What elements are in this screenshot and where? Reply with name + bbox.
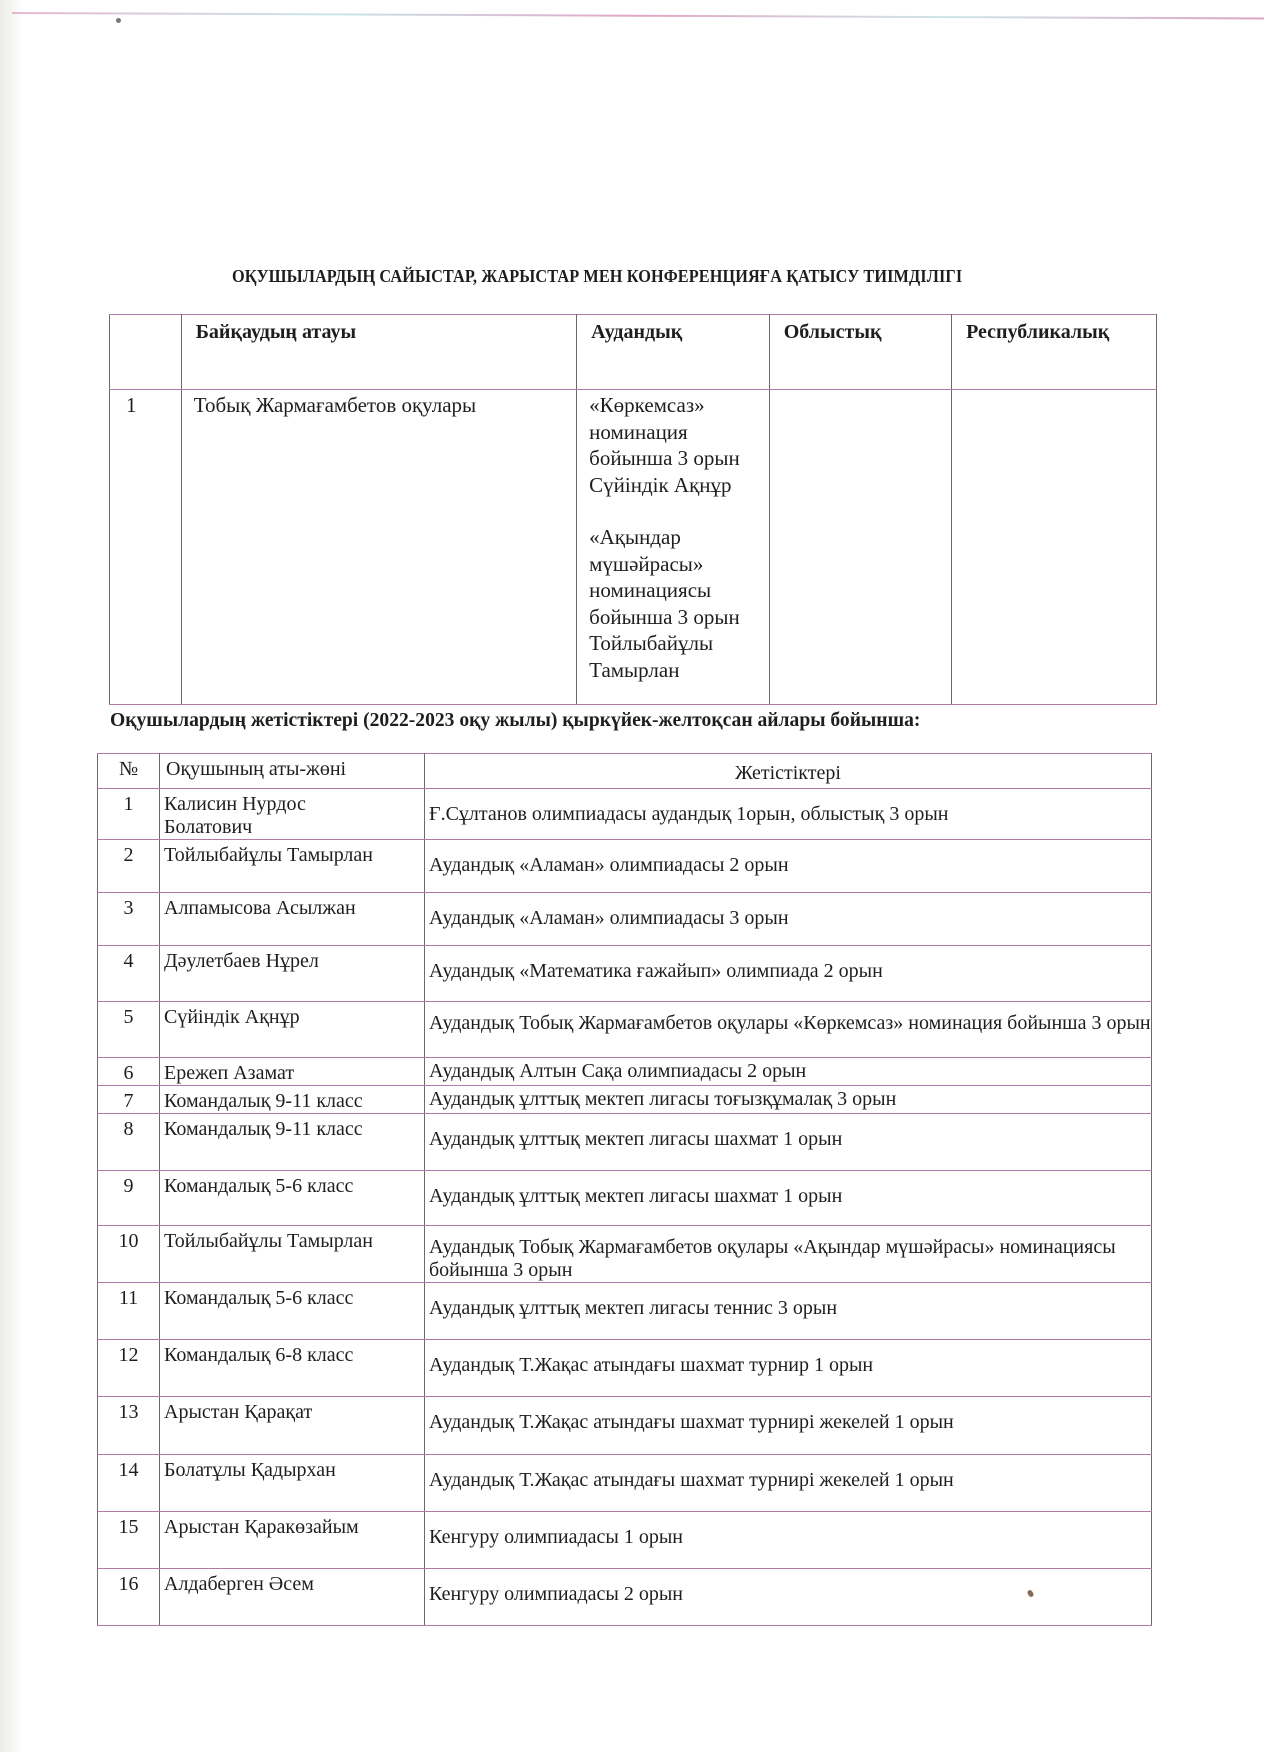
achievement-text: Аудандық ұлттық мектеп лигасы шахмат 1 о…: [425, 1114, 1152, 1171]
achievement-text: Аудандық Т.Жақас атындағы шахмат турнир …: [425, 1340, 1152, 1397]
scan-page-edge: [0, 0, 22, 1752]
row-number: 10: [98, 1226, 160, 1283]
header-regional: Облыстық: [769, 315, 951, 390]
competition-number: 1: [110, 390, 182, 705]
row-number: 3: [98, 893, 160, 946]
achievement-text: Аудандық ұлттық мектеп лигасы шахмат 1 о…: [425, 1171, 1152, 1226]
achievement-text: Аудандық Т.Жақас атындағы шахмат турнирі…: [425, 1455, 1152, 1512]
achievement-text: Аудандық Т.Жақас атындағы шахмат турнирі…: [425, 1397, 1152, 1455]
achievement-row: 12Командалық 6-8 классАудандық Т.Жақас а…: [98, 1340, 1152, 1397]
student-name: Арыстан Қаракөзайым: [160, 1512, 425, 1569]
header-republic: Республикалық: [952, 315, 1157, 390]
achievement-text: Аудандық «Аламан» олимпиадасы 3 орын: [425, 893, 1152, 946]
row-number: 12: [98, 1340, 160, 1397]
achievement-text: Аудандық Тобық Жармағамбетов оқулары «Ақ…: [425, 1226, 1152, 1283]
achievement-row: 11Командалық 5-6 классАудандық ұлттық ме…: [98, 1283, 1152, 1340]
header-number: №: [98, 754, 160, 789]
student-name: Командалық 9-11 класс: [160, 1114, 425, 1171]
district-result: «Көркемсаз» номинация бойынша 3 орын Сүй…: [589, 392, 763, 498]
student-name: Командалық 6-8 класс: [160, 1340, 425, 1397]
row-number: 2: [98, 840, 160, 893]
achievement-row: 1Калисин Нурдос БолатовичҒ.Сұлтанов олим…: [98, 789, 1152, 840]
achievement-row: 2Тойлыбайұлы ТамырланАудандық «Аламан» о…: [98, 840, 1152, 893]
achievement-row: 4Дәулетбаев НұрелАудандық «Математика ға…: [98, 946, 1152, 1002]
achievement-text: Аудандық «Аламан» олимпиадасы 2 орын: [425, 840, 1152, 893]
row-number: 14: [98, 1455, 160, 1512]
student-name: Командалық 5-6 класс: [160, 1171, 425, 1226]
row-number: 7: [98, 1086, 160, 1114]
achievements-header-row: № Оқушының аты-жөні Жетістіктері: [98, 754, 1152, 789]
student-name: Сүйіндік Ақнұр: [160, 1002, 425, 1058]
header-student-name: Оқушының аты-жөні: [160, 754, 425, 789]
achievement-text: Кенгуру олимпиадасы 2 орын: [425, 1569, 1152, 1626]
achievement-row: 5Сүйіндік АқнұрАудандық Тобық Жармағамбе…: [98, 1002, 1152, 1058]
competitions-table: Байқаудың атауы Аудандық Облыстық Респуб…: [109, 314, 1157, 705]
row-number: 4: [98, 946, 160, 1002]
competition-district-results: «Көркемсаз» номинация бойынша 3 орын Сүй…: [577, 390, 770, 705]
student-name: Арыстан Қарақат: [160, 1397, 425, 1455]
page-title: ОҚУШЫЛАРДЫҢ САЙЫСТАР, ЖАРЫСТАР МЕН КОНФЕ…: [232, 266, 962, 287]
student-name: Командалық 9-11 класс: [160, 1086, 425, 1114]
scan-speck: [116, 18, 121, 23]
achievement-text: Кенгуру олимпиадасы 1 орын: [425, 1512, 1152, 1569]
achievements-table: № Оқушының аты-жөні Жетістіктері 1Калиси…: [97, 753, 1152, 1626]
row-number: 13: [98, 1397, 160, 1455]
header-achievements: Жетістіктері: [425, 754, 1152, 789]
achievement-row: 15Арыстан ҚаракөзайымКенгуру олимпиадасы…: [98, 1512, 1152, 1569]
achievement-text: Аудандық ұлттық мектеп лигасы тоғызқұмал…: [425, 1086, 1152, 1114]
row-number: 6: [98, 1058, 160, 1086]
achievement-text: Аудандық Алтын Сақа олимпиадасы 2 орын: [425, 1058, 1152, 1086]
competition-row: 1 Тобық Жармағамбетов оқулары «Көркемсаз…: [110, 390, 1157, 705]
scan-artifact-line: [12, 12, 1264, 19]
row-number: 15: [98, 1512, 160, 1569]
student-name: Тойлыбайұлы Тамырлан: [160, 1226, 425, 1283]
achievement-text: Аудандық «Математика ғажайып» олимпиада …: [425, 946, 1152, 1002]
row-number: 1: [98, 789, 160, 840]
competitions-header-row: Байқаудың атауы Аудандық Облыстық Респуб…: [110, 315, 1157, 390]
header-number: [110, 315, 182, 390]
student-name: Болатұлы Қадырхан: [160, 1455, 425, 1512]
row-number: 9: [98, 1171, 160, 1226]
achievement-row: 7Командалық 9-11 классАудандық ұлттық ме…: [98, 1086, 1152, 1114]
row-number: 16: [98, 1569, 160, 1626]
achievement-row: 14Болатұлы ҚадырханАудандық Т.Жақас атын…: [98, 1455, 1152, 1512]
achievement-row: 9Командалық 5-6 классАудандық ұлттық мек…: [98, 1171, 1152, 1226]
student-name: Тойлыбайұлы Тамырлан: [160, 840, 425, 893]
achievement-row: 8Командалық 9-11 классАудандық ұлттық ме…: [98, 1114, 1152, 1171]
competition-republic-results: [952, 390, 1157, 705]
achievements-section-title: Оқушылардың жетістіктері (2022-2023 оқу …: [110, 709, 920, 732]
header-district: Аудандық: [577, 315, 770, 390]
competition-regional-results: [769, 390, 951, 705]
achievements-body: 1Калисин Нурдос БолатовичҒ.Сұлтанов олим…: [98, 789, 1152, 1626]
achievement-row: 16Алдаберген ӘсемКенгуру олимпиадасы 2 о…: [98, 1569, 1152, 1626]
student-name: Командалық 5-6 класс: [160, 1283, 425, 1340]
row-number: 5: [98, 1002, 160, 1058]
header-competition-name: Байқаудың атауы: [181, 315, 576, 390]
competition-name: Тобық Жармағамбетов оқулары: [181, 390, 576, 705]
achievement-text: Аудандық ұлттық мектеп лигасы теннис 3 о…: [425, 1283, 1152, 1340]
achievement-text: Аудандық Тобық Жармағамбетов оқулары «Кө…: [425, 1002, 1152, 1058]
district-result: «Ақындар мүшәйрасы» номинациясы бойынша …: [589, 524, 763, 683]
student-name: Дәулетбаев Нұрел: [160, 946, 425, 1002]
achievement-text: Ғ.Сұлтанов олимпиадасы аудандық 1орын, о…: [425, 789, 1152, 840]
achievement-row: 3Алпамысова АсылжанАудандық «Аламан» оли…: [98, 893, 1152, 946]
student-name: Алпамысова Асылжан: [160, 893, 425, 946]
row-number: 11: [98, 1283, 160, 1340]
achievement-row: 6Ережеп АзаматАудандық Алтын Сақа олимпи…: [98, 1058, 1152, 1086]
achievement-row: 13Арыстан ҚарақатАудандық Т.Жақас атында…: [98, 1397, 1152, 1455]
row-number: 8: [98, 1114, 160, 1171]
student-name: Ережеп Азамат: [160, 1058, 425, 1086]
student-name: Алдаберген Әсем: [160, 1569, 425, 1626]
student-name: Калисин Нурдос Болатович: [160, 789, 425, 840]
achievement-row: 10Тойлыбайұлы ТамырланАудандық Тобық Жар…: [98, 1226, 1152, 1283]
